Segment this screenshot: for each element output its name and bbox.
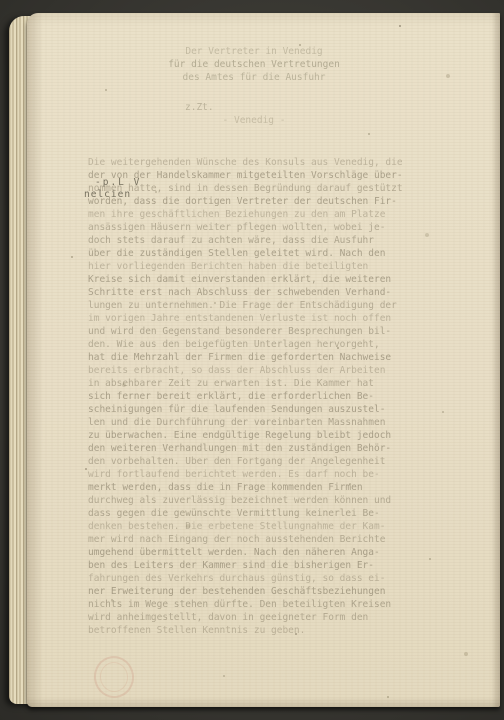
body-text-line: fahrungen des Verkehrs durchaus günstig,… <box>88 572 424 585</box>
body-text-line: zu überwachen. Eine endgültige Regelung … <box>88 429 424 442</box>
body-text-line: den weiteren Verhandlungen mit den zustä… <box>88 442 424 455</box>
body-text-line: hier vorliegenden Berichten haben die be… <box>88 260 424 273</box>
paper-shading <box>27 13 500 707</box>
letterhead-line: für die deutschen Vertretungen <box>88 58 420 71</box>
body-text-line: Schritte erst nach Abschluss der schwebe… <box>88 286 424 299</box>
paper-texture <box>27 13 500 707</box>
ink-offset-fragment: nelcien <box>84 188 131 201</box>
body-text-line: in absehbarer Zeit zu erwarten ist. Die … <box>88 377 424 390</box>
body-text-line: doch stets darauf zu achten wäre, dass d… <box>88 234 424 247</box>
subject-line: - Venedig - <box>88 114 420 127</box>
scan-background: Der Vertreter in Venedigfür die deutsche… <box>0 0 504 720</box>
body-text-line: wird fortlaufend berichtet werden. Es da… <box>88 468 424 481</box>
body-text-line: durchweg als zuverlässig bezeichnet werd… <box>88 494 424 507</box>
body-text-line: Kreise sich damit einverstanden erklärt,… <box>88 273 424 286</box>
body-text-line: sich ferner bereit erklärt, die erforder… <box>88 390 424 403</box>
paper-speckles <box>27 13 29 15</box>
body-text-line: worden, dass die dortigen Vertreter der … <box>88 195 424 208</box>
letterhead-line: Der Vertreter in Venedig <box>88 45 420 58</box>
body-text-line: merkt werden, dass die in Frage kommende… <box>88 481 424 494</box>
body-text-line: bereits erbracht, so dass der Abschluss … <box>88 364 424 377</box>
body-text-line: umgehend übermittelt werden. Nach den nä… <box>88 546 424 559</box>
date-fragment: z.Zt. <box>185 101 214 114</box>
document-page: Der Vertreter in Venedigfür die deutsche… <box>27 13 500 707</box>
body-text-line: dass gegen die gewünschte Vermittlung ke… <box>88 507 424 520</box>
letterhead-block: Der Vertreter in Venedigfür die deutsche… <box>88 45 420 84</box>
body-text-line: denken bestehen. Die erbetene Stellungna… <box>88 520 424 533</box>
body-text-line: über die zuständigen Stellen geleitet wi… <box>88 247 424 260</box>
body-text-line: ner Erweiterung der bestehenden Geschäft… <box>88 585 424 598</box>
body-text-line: den vorbehalten. Über den Fortgang der A… <box>88 455 424 468</box>
ink-offset-fragment: -p.L V <box>95 176 141 189</box>
body-text-line: der von der Handelskammer mitgeteilten V… <box>88 169 424 182</box>
body-text-line: mer wird nach Eingang der noch ausstehen… <box>88 533 424 546</box>
body-text-line: lungen zu unternehmen. Die Frage der Ent… <box>88 299 424 312</box>
body-text-line: den. Wie aus den beigefügten Unterlagen … <box>88 338 424 351</box>
body-text-line: len und die Durchführung der vereinbarte… <box>88 416 424 429</box>
body-text-line: Die weitergehenden Wünsche des Konsuls a… <box>88 156 424 169</box>
body-text-line: nichts im Wege stehen dürfte. Den beteil… <box>88 598 424 611</box>
body-text-line: men ihre geschäftlichen Beziehungen zu d… <box>88 208 424 221</box>
body-text-line: ansässigen Häusern weiter pflegen wollte… <box>88 221 424 234</box>
body-text-line: wird anheimgestellt, davon in geeigneter… <box>88 611 424 624</box>
body-text-line: hat die Mehrzahl der Firmen die geforder… <box>88 351 424 364</box>
body-text-line: scheinigungen für die laufenden Sendunge… <box>88 403 424 416</box>
body-text-block: Die weitergehenden Wünsche des Konsuls a… <box>88 156 424 637</box>
body-text-line: betroffenen Stellen Kenntnis zu geben. <box>88 624 424 637</box>
body-text-line: im vorigen Jahre entstandenen Verluste i… <box>88 312 424 325</box>
round-ink-stamp <box>91 653 136 700</box>
letterhead-line: des Amtes für die Ausfuhr <box>88 71 420 84</box>
body-text-line: nommen hatte, sind in dessen Begründung … <box>88 182 424 195</box>
body-text-line: und wird den Gegenstand besonderer Bespr… <box>88 325 424 338</box>
body-text-line: ben des Leiters der Kammer sind die bish… <box>88 559 424 572</box>
